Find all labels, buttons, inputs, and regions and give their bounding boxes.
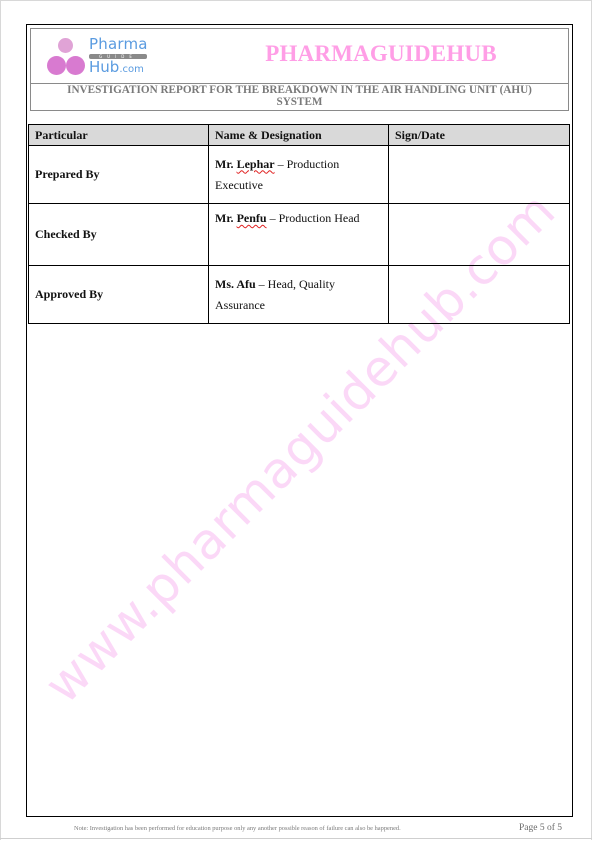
footer-divider xyxy=(0,838,592,839)
person-name: Ms. Afu xyxy=(215,277,256,291)
column-header-particular: Particular xyxy=(29,125,209,146)
brand-title: PHARMAGUIDEHUB xyxy=(231,41,531,67)
name-designation-cell: Mr. Lephar – Production Executive xyxy=(209,146,389,204)
report-title: INVESTIGATION REPORT FOR THE BREAKDOWN I… xyxy=(31,84,568,108)
logo-dotcom: .com xyxy=(119,64,144,75)
particular-cell: Checked By xyxy=(29,204,209,266)
page-number: Page 5 of 5 xyxy=(519,823,562,833)
name-prefix: Mr. xyxy=(215,211,237,225)
person-name: Mr. Penfu xyxy=(215,211,267,225)
signoff-table: Particular Name & Designation Sign/Date … xyxy=(28,124,570,324)
logo-text-hub: Hub.com xyxy=(89,58,144,76)
table-row: Prepared By Mr. Lephar – Production Exec… xyxy=(29,146,570,204)
logo-text-pharma: Pharma xyxy=(89,35,148,53)
sign-date-cell[interactable] xyxy=(389,146,570,204)
sign-date-cell[interactable] xyxy=(389,204,570,266)
table-header-row: Particular Name & Designation Sign/Date xyxy=(29,125,570,146)
name-prefix: Mr. xyxy=(215,157,237,171)
particular-cell: Prepared By xyxy=(29,146,209,204)
table-row: Checked By Mr. Penfu – Production Head xyxy=(29,204,570,266)
name-surname: Penfu xyxy=(237,211,267,225)
logo-dot-icon xyxy=(47,56,66,75)
particular-cell: Approved By xyxy=(29,266,209,324)
document-header: Pharma GUIDE Hub.com PHARMAGUIDEHUB INVE… xyxy=(30,28,569,111)
sign-date-cell[interactable] xyxy=(389,266,570,324)
table-row: Approved By Ms. Afu – Head, Quality Assu… xyxy=(29,266,570,324)
person-name: Mr. Lephar xyxy=(215,157,275,171)
column-header-name-designation: Name & Designation xyxy=(209,125,389,146)
designation: – Production Head xyxy=(267,211,360,225)
footer-note: Note: Investigation has been performed f… xyxy=(74,825,401,832)
column-header-sign-date: Sign/Date xyxy=(389,125,570,146)
logo-dot-icon xyxy=(58,38,73,53)
logo-hub: Hub xyxy=(89,58,119,76)
name-designation-cell: Mr. Penfu – Production Head xyxy=(209,204,389,266)
name-surname: Lephar xyxy=(237,157,275,171)
name-designation-cell: Ms. Afu – Head, Quality Assurance xyxy=(209,266,389,324)
pharmaguidehub-logo: Pharma GUIDE Hub.com xyxy=(47,35,157,79)
logo-dot-icon xyxy=(66,56,85,75)
